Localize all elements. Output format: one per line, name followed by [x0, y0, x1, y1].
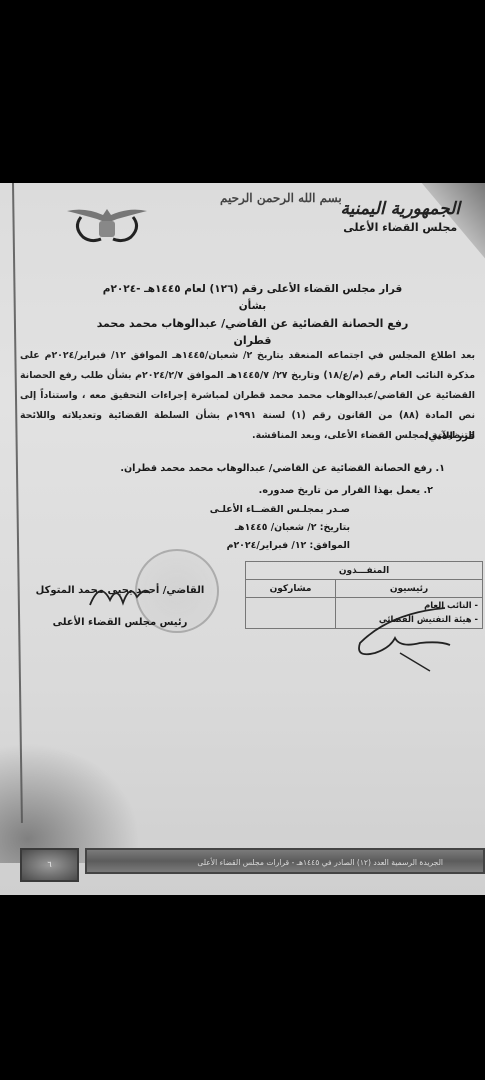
- decree-preamble: بعد اطلاع المجلس في اجتماعه المنعقد بتار…: [20, 346, 475, 446]
- issued-place: صـدر بمجلـس القضــاء الأعلـى: [150, 501, 350, 519]
- issued-block: صـدر بمجلـس القضــاء الأعلـى بتاريخ: ٢/ …: [150, 501, 350, 555]
- col-participants-header: مشاركون: [246, 580, 336, 598]
- title-line-3: رفع الحصانة القضائية عن القاضي/ عبدالوها…: [80, 315, 425, 349]
- decided-label: قرر الآتي:: [424, 431, 475, 442]
- initials-scribble-icon: [350, 603, 460, 673]
- page-number-badge: ٦: [20, 848, 79, 882]
- issued-hijri-date: بتاريخ: ٢/ شعبان/ ١٤٤٥هـ: [150, 519, 350, 537]
- letterhead: الجمهورية اليمنية مجلس القضاء الأعلى: [340, 199, 460, 234]
- gazette-footer-banner: الجريدة الرسمية العدد (١٢) الصادر في ١٤٤…: [85, 848, 485, 874]
- decree-item-1: ١. رفع الحصانة القضائية عن القاضي/ عبدال…: [120, 458, 445, 480]
- decree-title: قرار مجلس القضاء الأعلى رقم (١٢٦) لعام ١…: [80, 281, 425, 349]
- signature-scribble-icon: [85, 575, 155, 615]
- country-name: الجمهورية اليمنية: [340, 199, 460, 219]
- council-name: مجلس القضاء الأعلى: [340, 221, 460, 234]
- document-photo: الجمهورية اليمنية مجلس القضاء الأعلى بسم…: [0, 183, 485, 895]
- executors-header: المنفـــذون: [246, 562, 483, 580]
- decree-item-2: ٢. يعمل بهذا القرار من تاريخ صدوره.: [120, 480, 433, 502]
- eagle-emblem-icon: [65, 205, 149, 245]
- title-line-1: قرار مجلس القضاء الأعلى رقم (١٢٦) لعام ١…: [80, 281, 425, 298]
- decree-page: الجمهورية اليمنية مجلس القضاء الأعلى بسم…: [20, 183, 485, 895]
- col-main-header: رئيسيون: [336, 580, 483, 598]
- basmala: بسم الله الرحمن الرحيم: [220, 191, 342, 205]
- title-line-2: بشأن: [80, 298, 425, 315]
- participants-cell: [246, 598, 336, 629]
- decree-items: ١. رفع الحصانة القضائية عن القاضي/ عبدال…: [120, 458, 445, 502]
